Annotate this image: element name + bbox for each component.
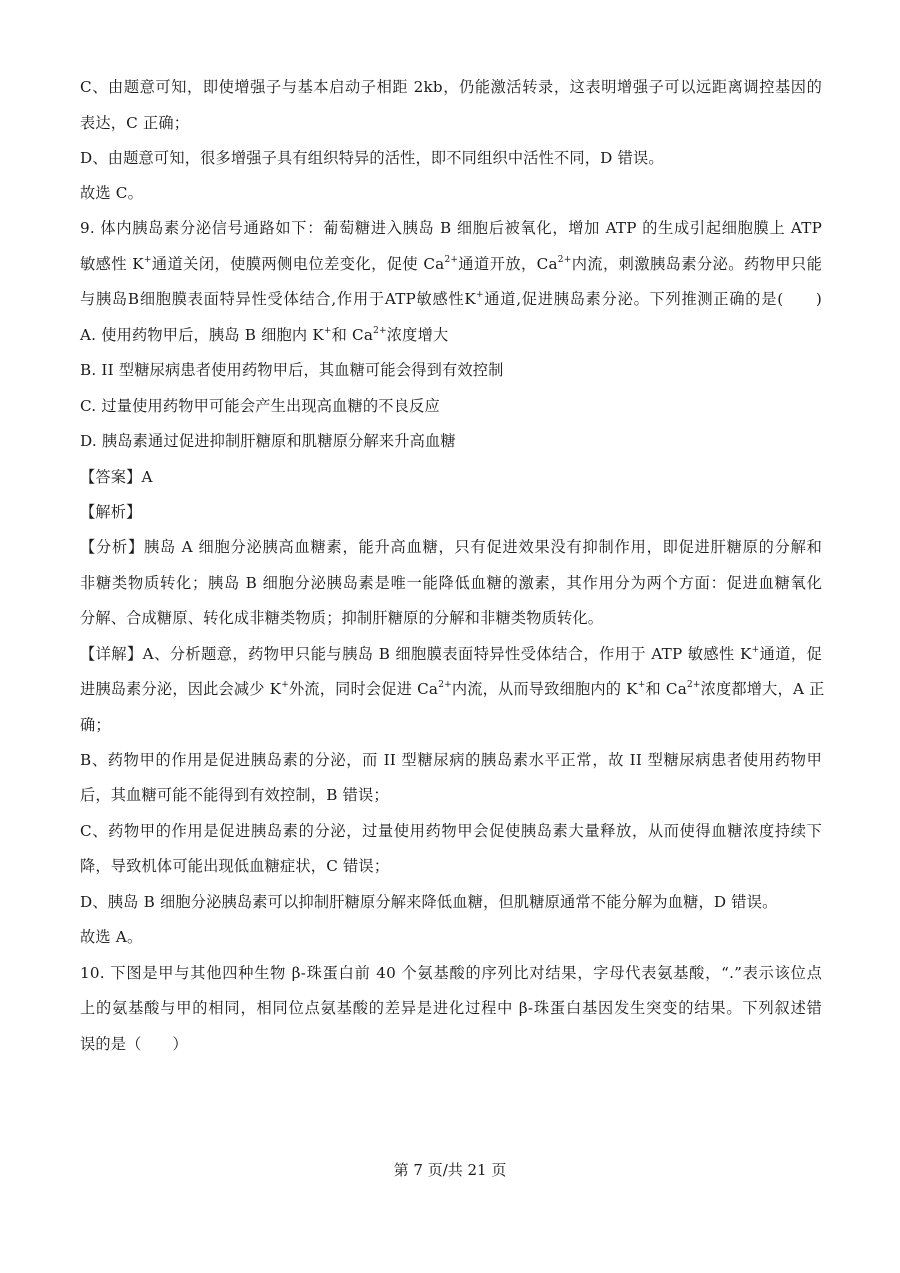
text-segment: 【详解】A、分析题意，药物甲只能与胰岛 B 细胞膜表面特异性受体结合，作用于 A… — [80, 645, 752, 663]
text-line: 故选 A。 — [80, 927, 822, 947]
superscript-charge: 2+ — [438, 680, 452, 690]
text-segment: 通道开放，Ca — [458, 255, 558, 273]
text-line: 进胰岛素分泌，因此会减少 K+外流，同时会促进 Ca2+内流，从而导致细胞内的 … — [80, 679, 822, 699]
text-line: 9. 体内胰岛素分泌信号通路如下：葡萄糖进入胰岛 B 细胞后被氧化，增加 ATP… — [80, 218, 822, 238]
text-line: 【分析】胰岛 A 细胞分泌胰高血糖素，能升高血糖，只有促进效果没有抑制作用，即促… — [80, 537, 822, 557]
superscript-charge: 2+ — [373, 326, 387, 336]
text-line: A. 使用药物甲后，胰岛 B 细胞内 K+和 Ca2+浓度增大 — [80, 325, 822, 345]
text-segment: 进胰岛素分泌，因此会减少 K — [80, 680, 281, 698]
text-line: D、胰岛 B 细胞分泌胰岛素可以抑制肝糖原分解来降低血糖，但肌糖原通常不能分解为… — [80, 892, 822, 912]
text-line: 【答案】A — [80, 467, 822, 487]
page-footer: 第 7 页/共 21 页 — [0, 1160, 900, 1180]
text-line: 与胰岛B细胞膜表面特异性受体结合,作用于ATP敏感性K+通道,促进胰岛素分泌。下… — [80, 289, 822, 309]
text-segment: 内流，刺激胰岛素分泌。药物甲只能 — [571, 255, 822, 273]
text-line: 【解析】 — [80, 502, 822, 522]
text-line: 后，其血糖可能不能得到有效控制，B 错误； — [80, 785, 822, 805]
text-line: 故选 C。 — [80, 183, 822, 203]
text-line: 误的是（ ） — [80, 1034, 822, 1054]
text-line: 表达，C 正确； — [80, 113, 822, 133]
text-segment: 与胰岛B细胞膜表面特异性受体结合,作用于ATP敏感性K — [80, 290, 476, 308]
text-line: 确； — [80, 715, 822, 735]
text-segment: 通道,促进胰岛素分泌。下列推测正确的是( ) — [484, 290, 822, 308]
text-line: 降，导致机体可能出现低血糖症状，C 错误； — [80, 856, 822, 876]
text-line: B、药物甲的作用是促进胰岛素的分泌，而 II 型糖尿病的胰岛素水平正常，故 II… — [80, 750, 822, 770]
text-line: 非糖类物质转化；胰岛 B 细胞分泌胰岛素是唯一能降低血糖的激素，其作用分为两个方… — [80, 573, 822, 593]
text-line: 10. 下图是甲与其他四种生物 β-珠蛋白前 40 个氨基酸的序列比对结果，字母… — [80, 963, 822, 983]
text-line: 分解、合成糖原、转化成非糖类物质；抑制肝糖原的分解和非糖类物质转化。 — [80, 608, 822, 628]
superscript-charge: + — [476, 290, 484, 300]
text-line: B. II 型糖尿病患者使用药物甲后，其血糖可能会得到有效控制 — [80, 360, 822, 380]
text-segment: 浓度都增大，A 正 — [701, 680, 825, 698]
text-line: D. 胰岛素通过促进抑制肝糖原和肌糖原分解来升高血糖 — [80, 431, 822, 451]
text-segment: 外流，同时会促进 Ca — [289, 680, 438, 698]
text-line: 上的氨基酸与甲的相同，相同位点氨基酸的差异是进化过程中 β-珠蛋白基因发生突变的… — [80, 998, 822, 1018]
superscript-charge: + — [324, 326, 332, 336]
text-segment: 和 Ca — [645, 680, 687, 698]
text-line: 敏感性 K+通道关闭，使膜两侧电位差变化，促使 Ca2+通道开放，Ca2+内流，… — [80, 254, 822, 274]
superscript-charge: 2+ — [687, 680, 701, 690]
superscript-charge: + — [281, 680, 289, 690]
superscript-charge: 2+ — [444, 255, 458, 265]
text-segment: 内流，从而导致细胞内的 K — [452, 680, 638, 698]
text-segment: 敏感性 K — [80, 255, 144, 273]
text-line: D、由题意可知，很多增强子具有组织特异的活性，即不同组织中活性不同，D 错误。 — [80, 148, 822, 168]
text-line: 【详解】A、分析题意，药物甲只能与胰岛 B 细胞膜表面特异性受体结合，作用于 A… — [80, 644, 822, 664]
text-segment: 通道，促 — [759, 645, 822, 663]
text-segment: 浓度增大 — [387, 326, 449, 344]
text-segment: 通道关闭，使膜两侧电位差变化，促使 Ca — [152, 255, 445, 273]
text-segment: 和 Ca — [332, 326, 374, 344]
text-segment: A. 使用药物甲后，胰岛 B 细胞内 K — [80, 326, 324, 344]
text-line: C. 过量使用药物甲可能会产生出现高血糖的不良反应 — [80, 396, 822, 416]
document-page: C、由题意可知，即使增强子与基本启动子相距 2kb，仍能激活转录，这表明增强子可… — [0, 0, 900, 1273]
text-line: C、由题意可知，即使增强子与基本启动子相距 2kb，仍能激活转录，这表明增强子可… — [80, 77, 822, 97]
superscript-charge: 2+ — [558, 255, 572, 265]
superscript-charge: + — [144, 255, 152, 265]
text-line: C、药物甲的作用是促进胰岛素的分泌，过量使用药物甲会促使胰岛素大量释放，从而使得… — [80, 821, 822, 841]
